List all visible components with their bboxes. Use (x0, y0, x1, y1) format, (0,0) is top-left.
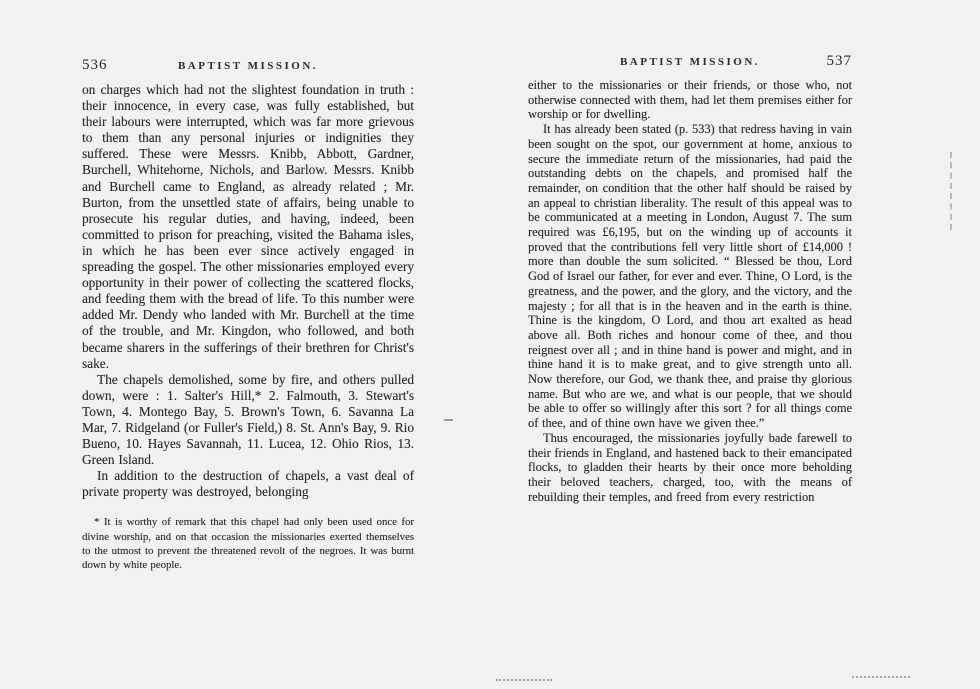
paragraph: either to the missionaries or their frie… (528, 78, 852, 122)
right-page-body: either to the missionaries or their frie… (528, 78, 852, 504)
right-running-title: BAPTIST MISSION. (528, 56, 852, 68)
scan-artifact-binding-marks (950, 152, 952, 230)
left-page-header: 536 BAPTIST MISSION. (82, 56, 414, 80)
paragraph: In addition to the destruction of chapel… (82, 468, 414, 500)
right-page-number: 537 (827, 53, 853, 70)
scan-artifact-bottom-specks-right (852, 676, 910, 678)
paragraph: Thus encouraged, the missionaries joyful… (528, 431, 852, 505)
paragraph: The chapels demolished, some by fire, an… (82, 372, 414, 469)
right-page-header: BAPTIST MISSION. 537 (528, 52, 852, 76)
paragraph: on charges which had not the slightest f… (82, 82, 414, 372)
book-scan-spread: 536 BAPTIST MISSION. on charges which ha… (0, 0, 980, 689)
scan-artifact-bottom-specks-left (496, 679, 552, 681)
paragraph: It has already been stated (p. 533) that… (528, 122, 852, 431)
left-page: 536 BAPTIST MISSION. on charges which ha… (82, 56, 414, 572)
left-running-title: BAPTIST MISSION. (82, 60, 414, 72)
scan-artifact-margin-dash (444, 419, 453, 421)
left-page-body: on charges which had not the slightest f… (82, 82, 414, 572)
footnote: * It is worthy of remark that this chape… (82, 515, 414, 572)
right-page: BAPTIST MISSION. 537 either to the missi… (528, 52, 852, 504)
